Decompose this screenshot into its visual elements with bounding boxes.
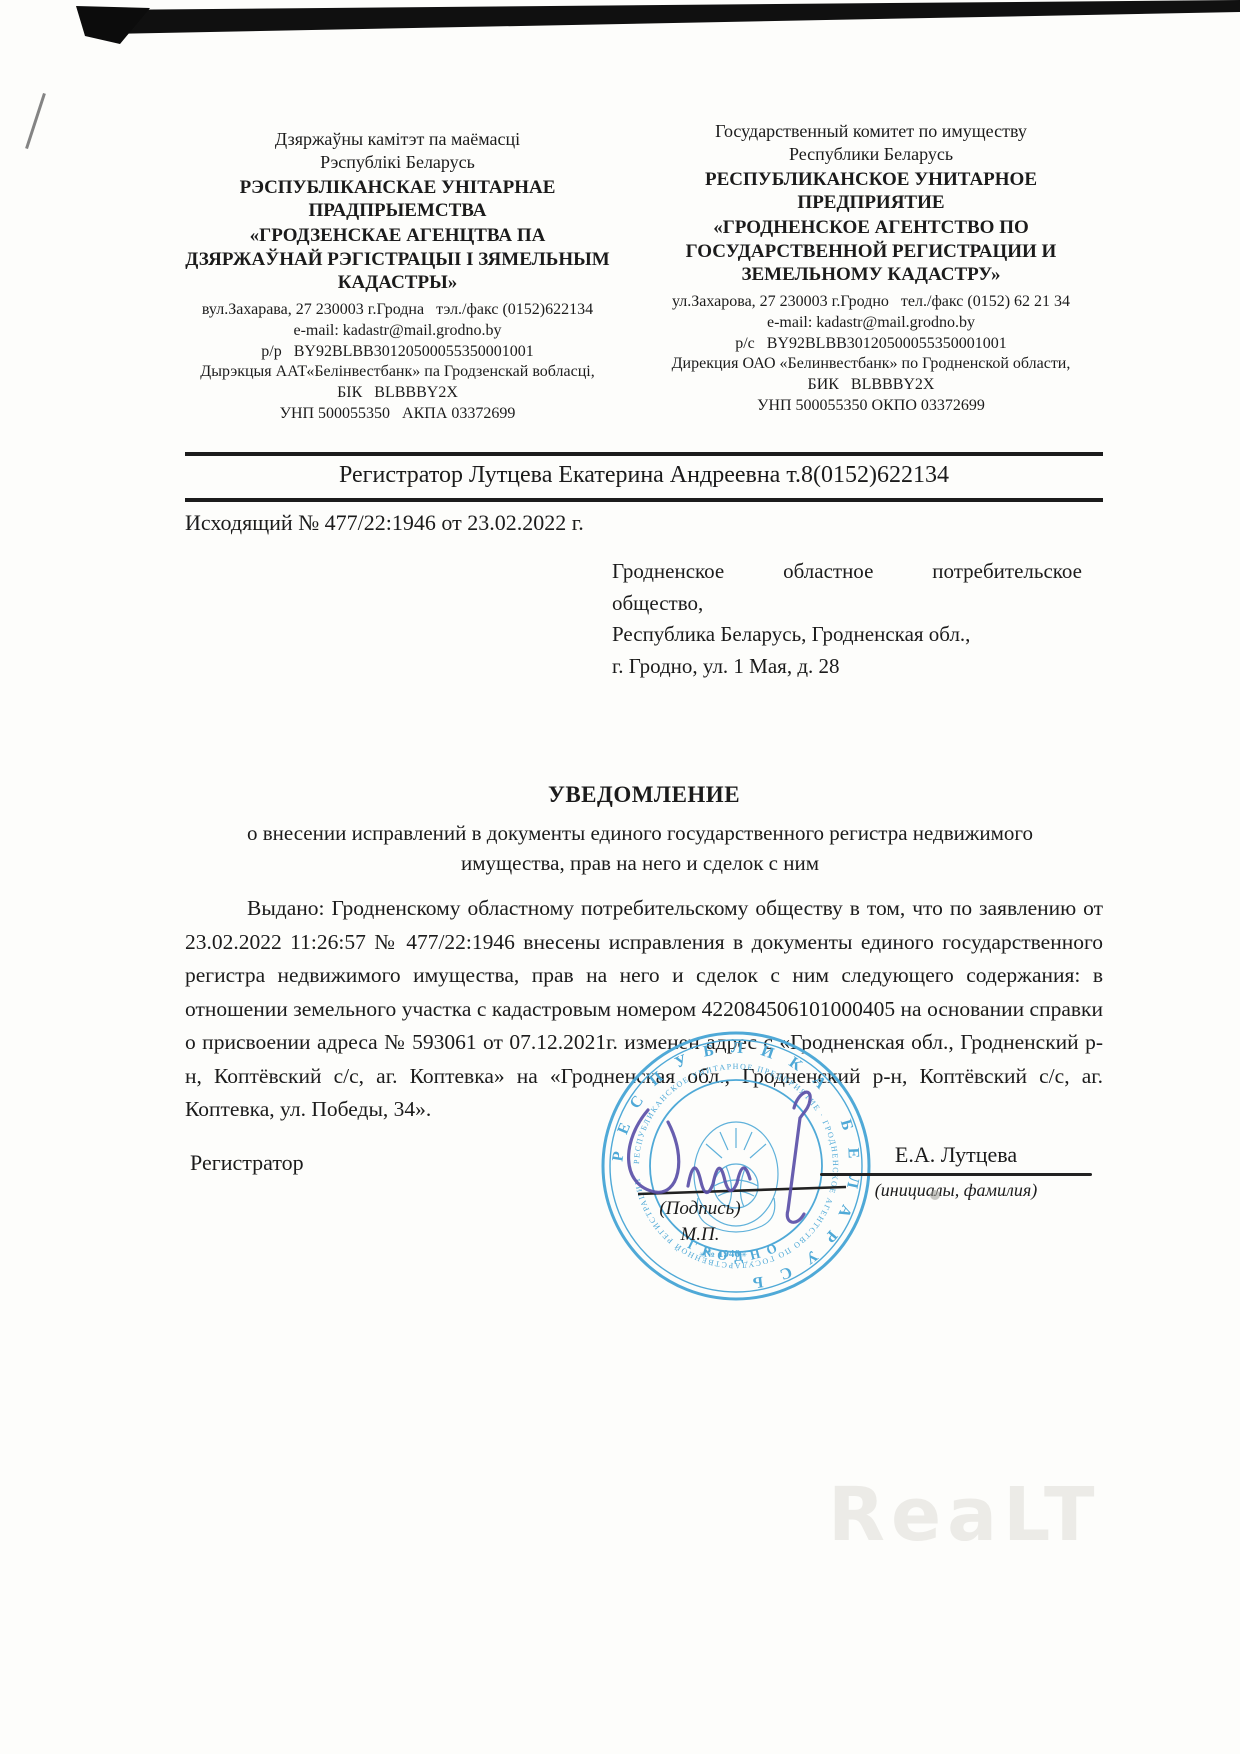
scan-artifact-line bbox=[25, 93, 46, 149]
rule-bottom bbox=[185, 498, 1103, 502]
watermark-logo: ReaLT bbox=[828, 1472, 1101, 1558]
seal-place-label: М.П. bbox=[620, 1224, 780, 1246]
header-right-org-name: «ГРОДНЕНСКОЕ АГЕНТСТВО ПО ГОСУДАРСТВЕННО… bbox=[640, 216, 1102, 286]
header-left-org-name: «ГРОДЗЕНСКАЕ АГЕНЦТВА ПА ДЗЯРЖАЎНАЙ РЭГІ… bbox=[185, 224, 610, 294]
addressee-word: Гродненское bbox=[612, 556, 724, 588]
header-left-org-type: РЭСПУБЛІКАНСКАЕ УНІТАРНАЕ ПРАДПРЫЕМСТВА bbox=[185, 176, 610, 222]
name-caption: (инициалы, фамилия) bbox=[820, 1180, 1092, 1201]
addressee-line4: г. Гродно, ул. 1 Мая, д. 28 bbox=[612, 651, 1082, 683]
header-right-email: e-mail: kadastr@mail.grodno.by bbox=[640, 313, 1102, 334]
seal-star-left: ✳ bbox=[699, 1251, 705, 1259]
header-right-bik: БИК BLBBBY2X bbox=[640, 375, 1102, 396]
addressee-line1: Гродненское областное потребительское bbox=[612, 556, 1082, 588]
signature-role-label: Регистратор bbox=[190, 1150, 304, 1176]
name-line bbox=[820, 1173, 1092, 1176]
header-right-bank: Дирекция ОАО «Белинвестбанк» по Гродненс… bbox=[640, 354, 1102, 375]
document-title: УВЕДОМЛЕНИЕ bbox=[185, 782, 1103, 808]
scan-artifact-top bbox=[0, 0, 1240, 70]
seal-number: № 1946 bbox=[704, 1248, 740, 1260]
header-left-bank: Дырэкцыя ААТ«Белінвестбанк» па Гродзенск… bbox=[185, 362, 610, 383]
addressee-word: областное bbox=[783, 556, 873, 588]
header-left-account: р/р BY92BLBB30120500055350001001 bbox=[185, 342, 610, 363]
header-right-address: ул.Захарова, 27 230003 г.Гродно тел./фак… bbox=[640, 292, 1102, 313]
seal-star-right: ✳ bbox=[741, 1251, 747, 1259]
header-left-email: e-mail: kadastr@mail.grodno.by bbox=[185, 321, 610, 342]
header-left-committee: Дзяржаўны камітэт па маёмасці bbox=[185, 128, 610, 151]
header-right-committee: Государственный комитет по имуществу bbox=[640, 120, 1102, 143]
document-subtitle: о внесении исправлений в документы едино… bbox=[200, 818, 1080, 879]
registrar-line: Регистратор Лутцева Екатерина Андреевна … bbox=[185, 462, 1103, 489]
signature-caption: (Подпись) bbox=[620, 1198, 780, 1220]
addressee-word: потребительское bbox=[932, 556, 1082, 588]
header-right-country: Республики Беларусь bbox=[640, 143, 1102, 166]
header-left: Дзяржаўны камітэт па маёмасці Рэспублікі… bbox=[185, 128, 610, 425]
header-left-unp: УНП 500055350 АКПА 03372699 bbox=[185, 404, 610, 425]
header-right: Государственный комитет по имуществу Рес… bbox=[640, 120, 1102, 417]
addressee-line2: общество, bbox=[612, 588, 1082, 620]
outgoing-number: Исходящий № 477/22:1946 от 23.02.2022 г. bbox=[185, 510, 584, 536]
header-left-country: Рэспублікі Беларусь bbox=[185, 151, 610, 174]
header-left-address: вул.Захарава, 27 230003 г.Гродна тэл./фа… bbox=[185, 300, 610, 321]
rule-top bbox=[185, 452, 1103, 456]
addressee-block: Гродненское областное потребительское об… bbox=[612, 556, 1082, 682]
document-page: Дзяржаўны камітэт па маёмасці Рэспублікі… bbox=[0, 0, 1240, 1754]
header-right-unp: УНП 500055350 ОКПО 03372699 bbox=[640, 396, 1102, 417]
signer-name: Е.А. Лутцева bbox=[820, 1142, 1092, 1168]
addressee-line3: Республика Беларусь, Гродненская обл., bbox=[612, 619, 1082, 651]
scan-smudge bbox=[930, 1190, 940, 1200]
header-right-org-type: РЕСПУБЛИКАНСКОЕ УНИТАРНОЕ ПРЕДПРИЯТИЕ bbox=[640, 168, 1102, 214]
header-right-account: р/с BY92BLBB30120500055350001001 bbox=[640, 334, 1102, 355]
header-left-bik: БІК BLBBBY2X bbox=[185, 383, 610, 404]
